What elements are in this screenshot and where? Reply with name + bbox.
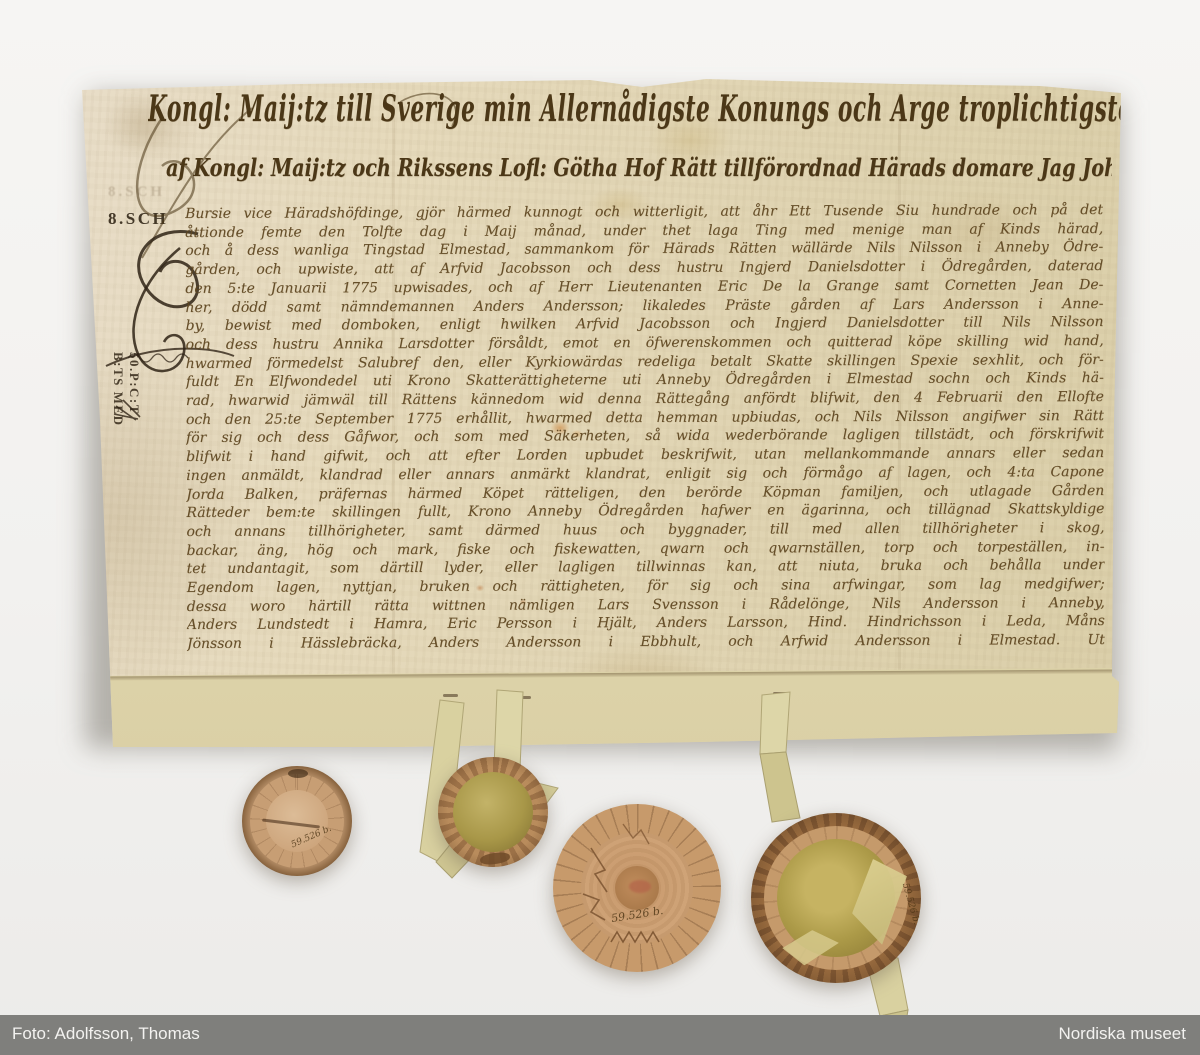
museum-photo: 8.SCH 8.SCH B:TS MED 50.P:C:T Kongl: Mai… — [0, 0, 1200, 1055]
caption-bar: Foto: Adolfsson, Thomas Nordiska museet — [0, 1015, 1200, 1055]
seal-dark-patch — [288, 769, 308, 778]
seal-wax — [453, 772, 533, 852]
handwriting-line: Jönsson i Hässlebräcka, Anders Andersson… — [187, 631, 1105, 654]
handwriting-body: Bursie vice Häradshöfdinge, gjör härmed … — [185, 201, 1105, 654]
seal-crack-marks — [553, 804, 721, 972]
museum-credit: Nordiska museet — [1058, 1015, 1186, 1053]
photographer-credit: Foto: Adolfsson, Thomas — [12, 1015, 200, 1053]
wax-seal-capsule-3: 59.526 b. — [553, 804, 721, 972]
wax-seal-capsule-4: 59.526 b. — [751, 813, 921, 983]
wax-seal-capsule-1: 59.526 b. — [242, 766, 352, 876]
wax-seal-capsule-2 — [438, 757, 548, 867]
